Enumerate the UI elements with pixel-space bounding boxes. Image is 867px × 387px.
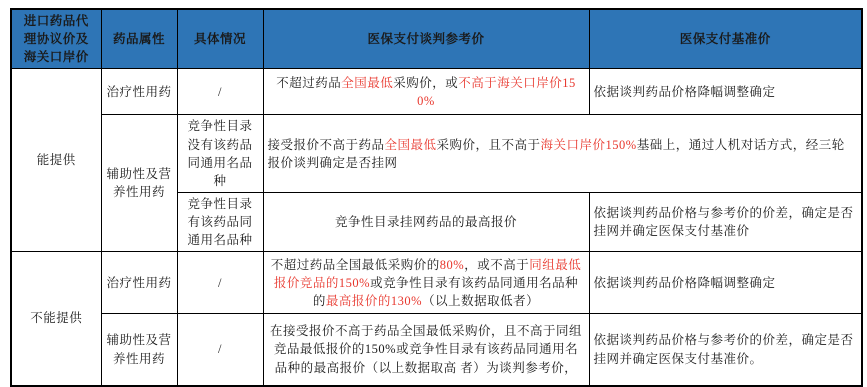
cell-aux-nutrition-drug: 辅助性及营养性用药	[101, 115, 177, 252]
header-negotiation-reference-price: 医保支付谈判参考价	[263, 9, 589, 69]
cell-r1-benchmark-price: 依据谈判药品价格降幅调整确定	[589, 69, 862, 115]
drug-price-negotiation-table: 进口药品代理协议价及海关口岸价 药品属性 具体情况 医保支付谈判参考价 医保支付…	[10, 8, 863, 387]
cell-r2-reference-price-merged: 接受报价不高于药品全国最低采购价，且不高于海关口岸价150%基础上，通过人机对话…	[263, 115, 862, 193]
cell-r4-benchmark-price: 依据谈判药品价格降幅调整确定	[589, 252, 862, 314]
cell-r4-drug-attribute: 治疗性用药	[101, 252, 177, 314]
header-specific-situation: 具体情况	[177, 9, 263, 69]
cell-r1-reference-price: 不超过药品全国最低采购价，或不高于海关口岸价150%	[263, 69, 589, 115]
cell-r5-drug-attribute: 辅助性及营养性用药	[101, 314, 177, 386]
cell-r3-reference-price: 竞争性目录挂网药品的最高报价	[263, 192, 589, 251]
cell-r5-reference-price: 在接受报价不高于药品全国最低采购价，且不高于同组竞品最低报价的150%或竞争性目…	[263, 314, 589, 386]
row-cannot-provide-aux: 辅助性及营养性用药 / 在接受报价不高于药品全国最低采购价，且不高于同组竞品最低…	[11, 314, 862, 386]
header-import-agency-price: 进口药品代理协议价及海关口岸价	[11, 9, 101, 69]
cell-r1-situation: /	[177, 69, 263, 115]
row-can-provide-therapeutic: 能提供 治疗性用药 / 不超过药品全国最低采购价，或不高于海关口岸价150% 依…	[11, 69, 862, 115]
cell-r5-situation: /	[177, 314, 263, 386]
cell-can-provide: 能提供	[11, 69, 101, 252]
cell-r3-situation: 竞争性目录有该药品同通用名品种	[177, 192, 263, 251]
row-can-provide-aux-no-generic: 辅助性及营养性用药 竞争性目录没有该药品同通用名品种 接受报价不高于药品全国最低…	[11, 115, 862, 193]
header-row: 进口药品代理协议价及海关口岸价 药品属性 具体情况 医保支付谈判参考价 医保支付…	[11, 9, 862, 69]
cell-r4-reference-price: 不超过药品全国最低采购价的80%，或不高于同组最低报价竞品的150%或竞争性目录…	[263, 252, 589, 314]
header-drug-attribute: 药品属性	[101, 9, 177, 69]
cell-r4-situation: /	[177, 252, 263, 314]
cell-r2-situation: 竞争性目录没有该药品同通用名品种	[177, 115, 263, 193]
cell-r3-benchmark-price: 依据谈判药品价格与参考价的价差，确定是否挂网并确定医保支付基准价	[589, 192, 862, 251]
document-page: 进口药品代理协议价及海关口岸价 药品属性 具体情况 医保支付谈判参考价 医保支付…	[0, 0, 867, 369]
row-cannot-provide-therapeutic: 不能提供 治疗性用药 / 不超过药品全国最低采购价的80%，或不高于同组最低报价…	[11, 252, 862, 314]
header-payment-benchmark-price: 医保支付基准价	[589, 9, 862, 69]
cell-r1-drug-attribute: 治疗性用药	[101, 69, 177, 115]
cell-cannot-provide: 不能提供	[11, 252, 101, 386]
cell-r5-benchmark-price: 依据谈判药品价格与参考价的价差，确定是否挂网并确定医保支付基准价。	[589, 314, 862, 386]
